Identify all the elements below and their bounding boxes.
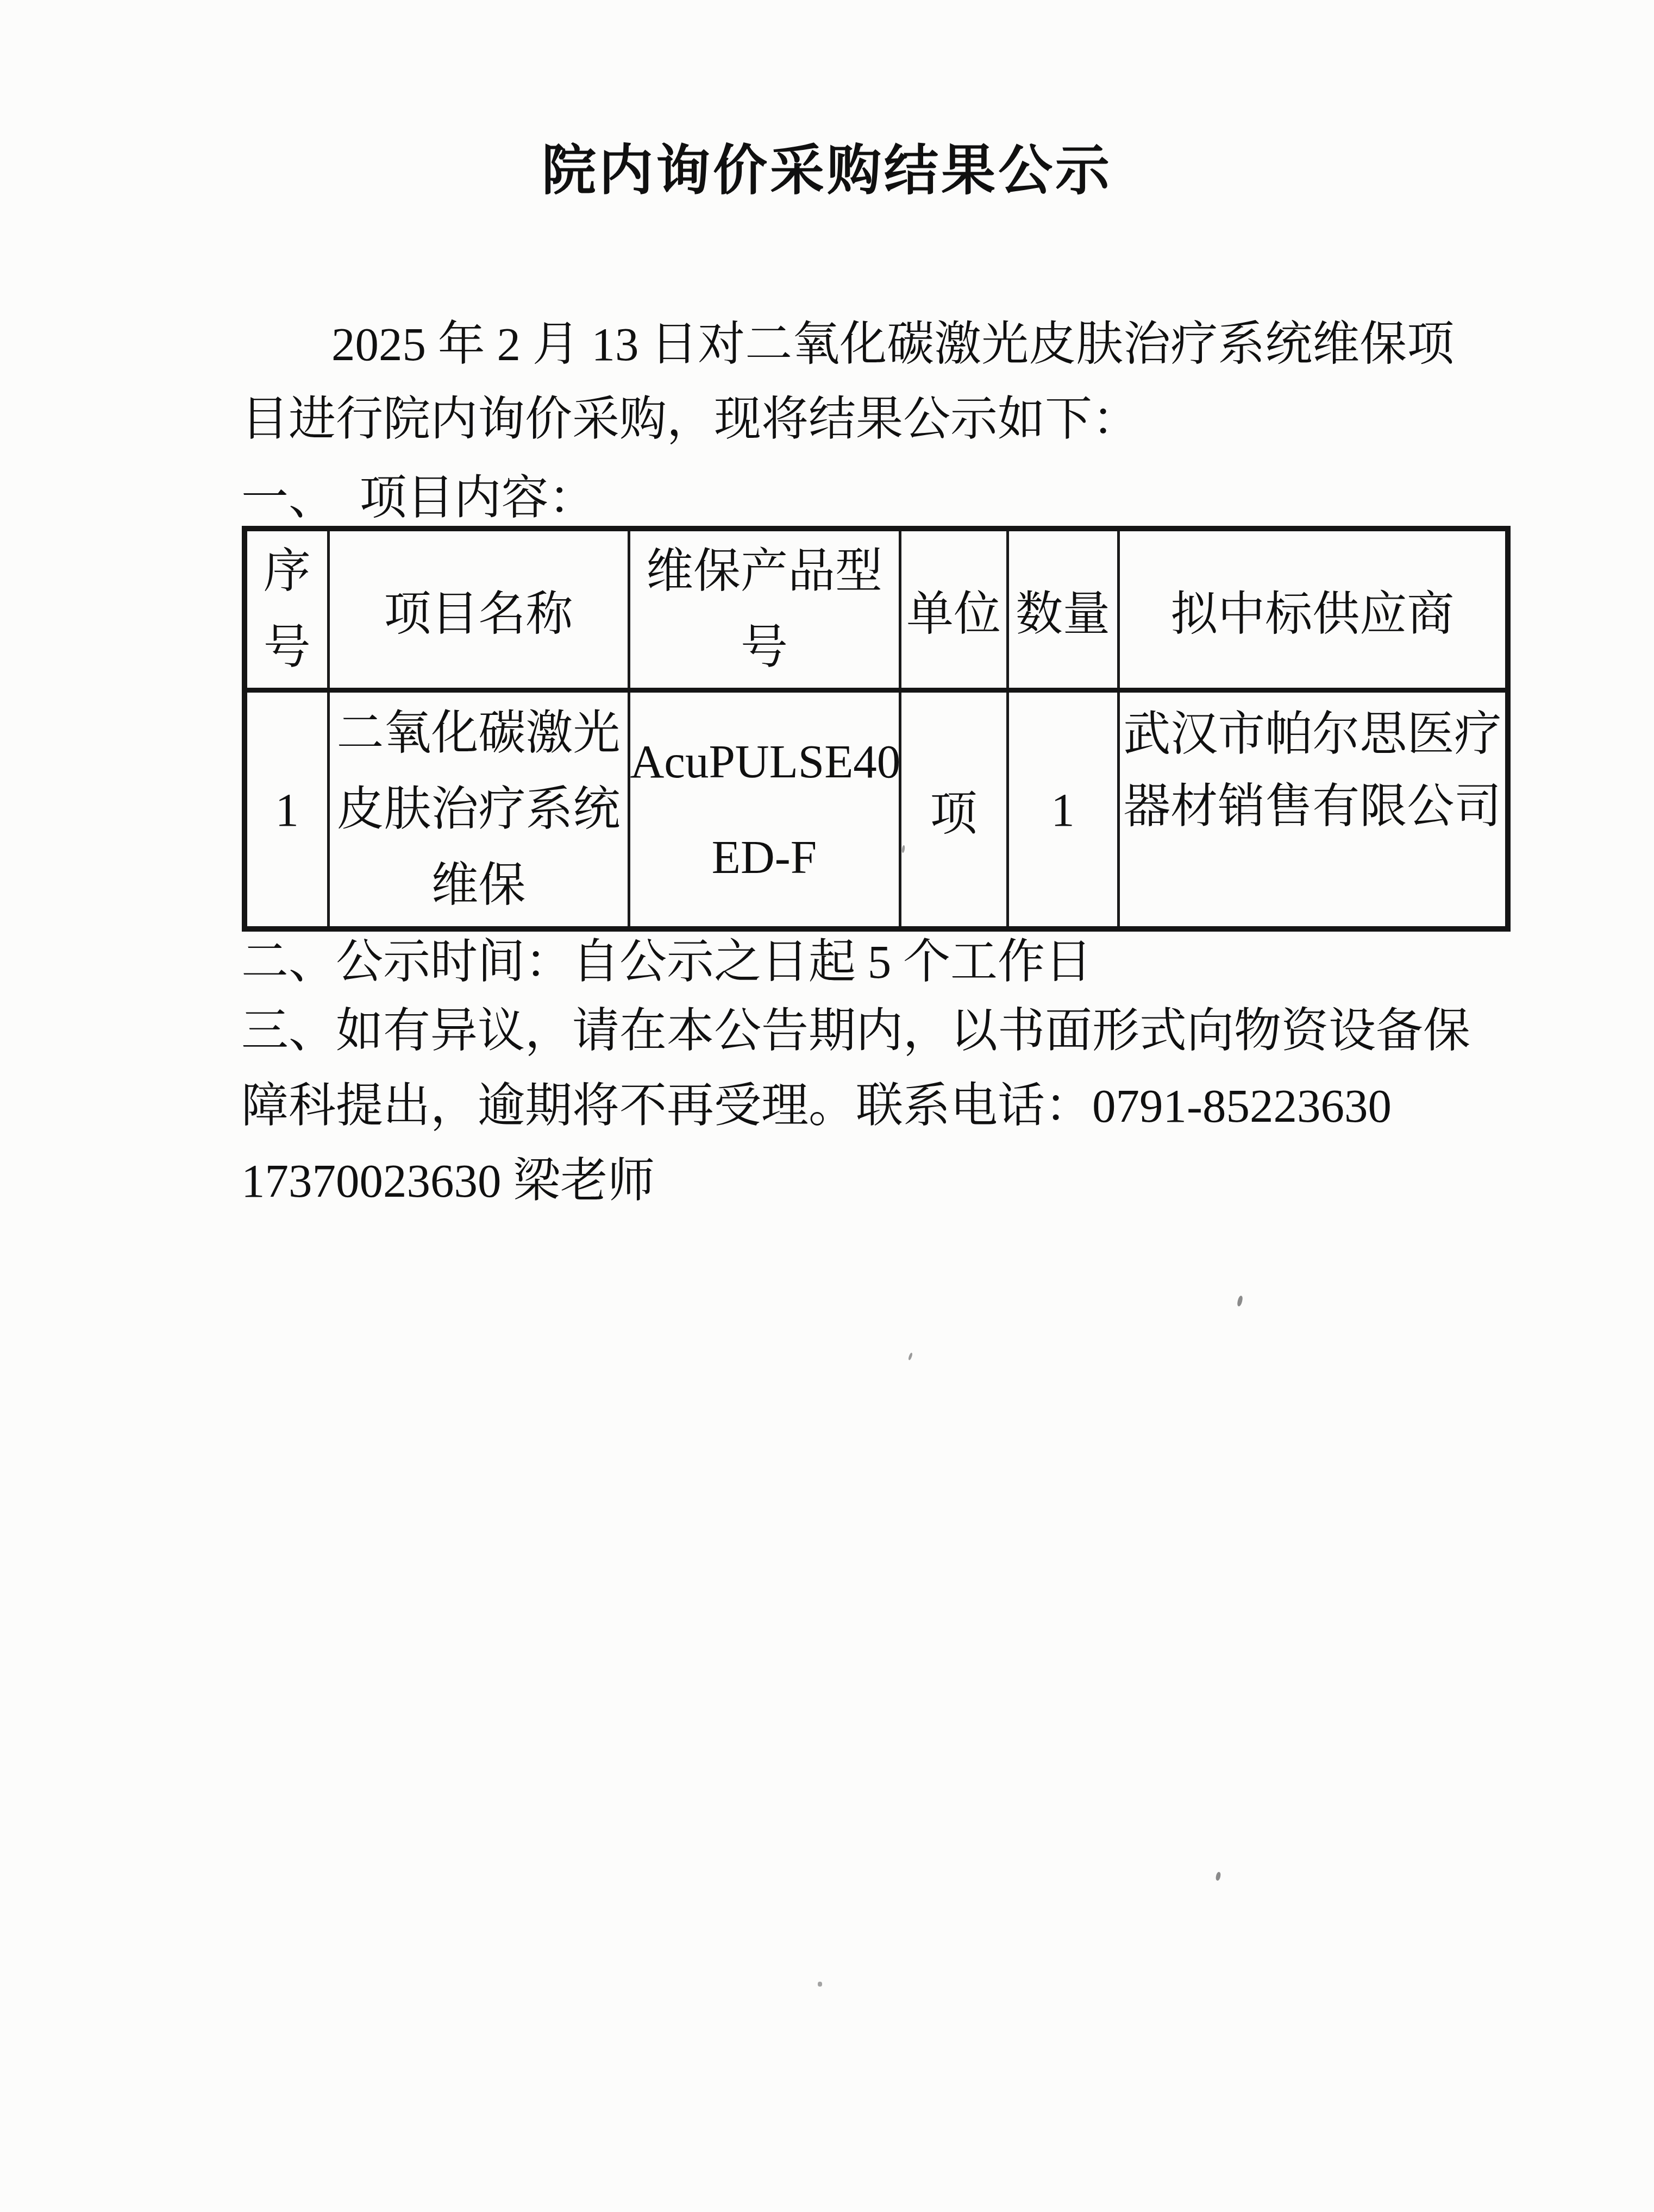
scan-speck <box>818 1982 822 1987</box>
section-two-line: 二、公示时间：自公示之日起 5 个工作日 <box>241 935 1092 988</box>
header-qty: 数量 <box>1007 529 1118 690</box>
cell-unit: 项 <box>900 690 1007 929</box>
cell-model: AcuPULSE40AED-F <box>629 690 900 929</box>
cell-supplier: 武汉市帕尔思医疗器材销售有限公司 <box>1118 690 1508 929</box>
intro-paragraph: 2025 年 2 月 13 日对二氧化碳激光皮肤治疗系统维保项目进行院内询价采购… <box>241 307 1454 457</box>
cell-seq: 1 <box>245 690 328 929</box>
cell-project-name: 二氧化碳激光皮肤治疗系统维保 <box>328 690 629 929</box>
section-three-paragraph: 三、如有异议，请在本公告期内，以书面形式向物资设备保障科提出，逾期将不再受理。联… <box>241 994 1470 1218</box>
header-supplier: 拟中标供应商 <box>1118 529 1508 690</box>
header-seq: 序号 <box>245 529 328 690</box>
cell-qty: 1 <box>1007 690 1118 929</box>
table-header-row: 序号 项目名称 维保产品型号 单位 数量 拟中标供应商 <box>245 529 1508 690</box>
header-unit: 单位 <box>900 529 1007 690</box>
scan-speck <box>1215 1871 1221 1881</box>
table-row: 1 二氧化碳激光皮肤治疗系统维保 AcuPULSE40AED-F 项 1 武汉市… <box>245 690 1508 929</box>
scanned-document-page: 院内询价采购结果公示 2025 年 2 月 13 日对二氧化碳激光皮肤治疗系统维… <box>0 0 1654 2212</box>
document-title: 院内询价采购结果公示 <box>0 141 1654 201</box>
scan-speck <box>908 1353 913 1361</box>
header-model: 维保产品型号 <box>629 529 900 690</box>
project-table: 序号 项目名称 维保产品型号 单位 数量 拟中标供应商 1 二氧化碳激光皮肤治疗… <box>242 526 1511 932</box>
scan-speck <box>1237 1295 1244 1306</box>
section-one-heading: 一、 项目内容： <box>241 472 596 524</box>
header-project-name: 项目名称 <box>328 529 629 690</box>
